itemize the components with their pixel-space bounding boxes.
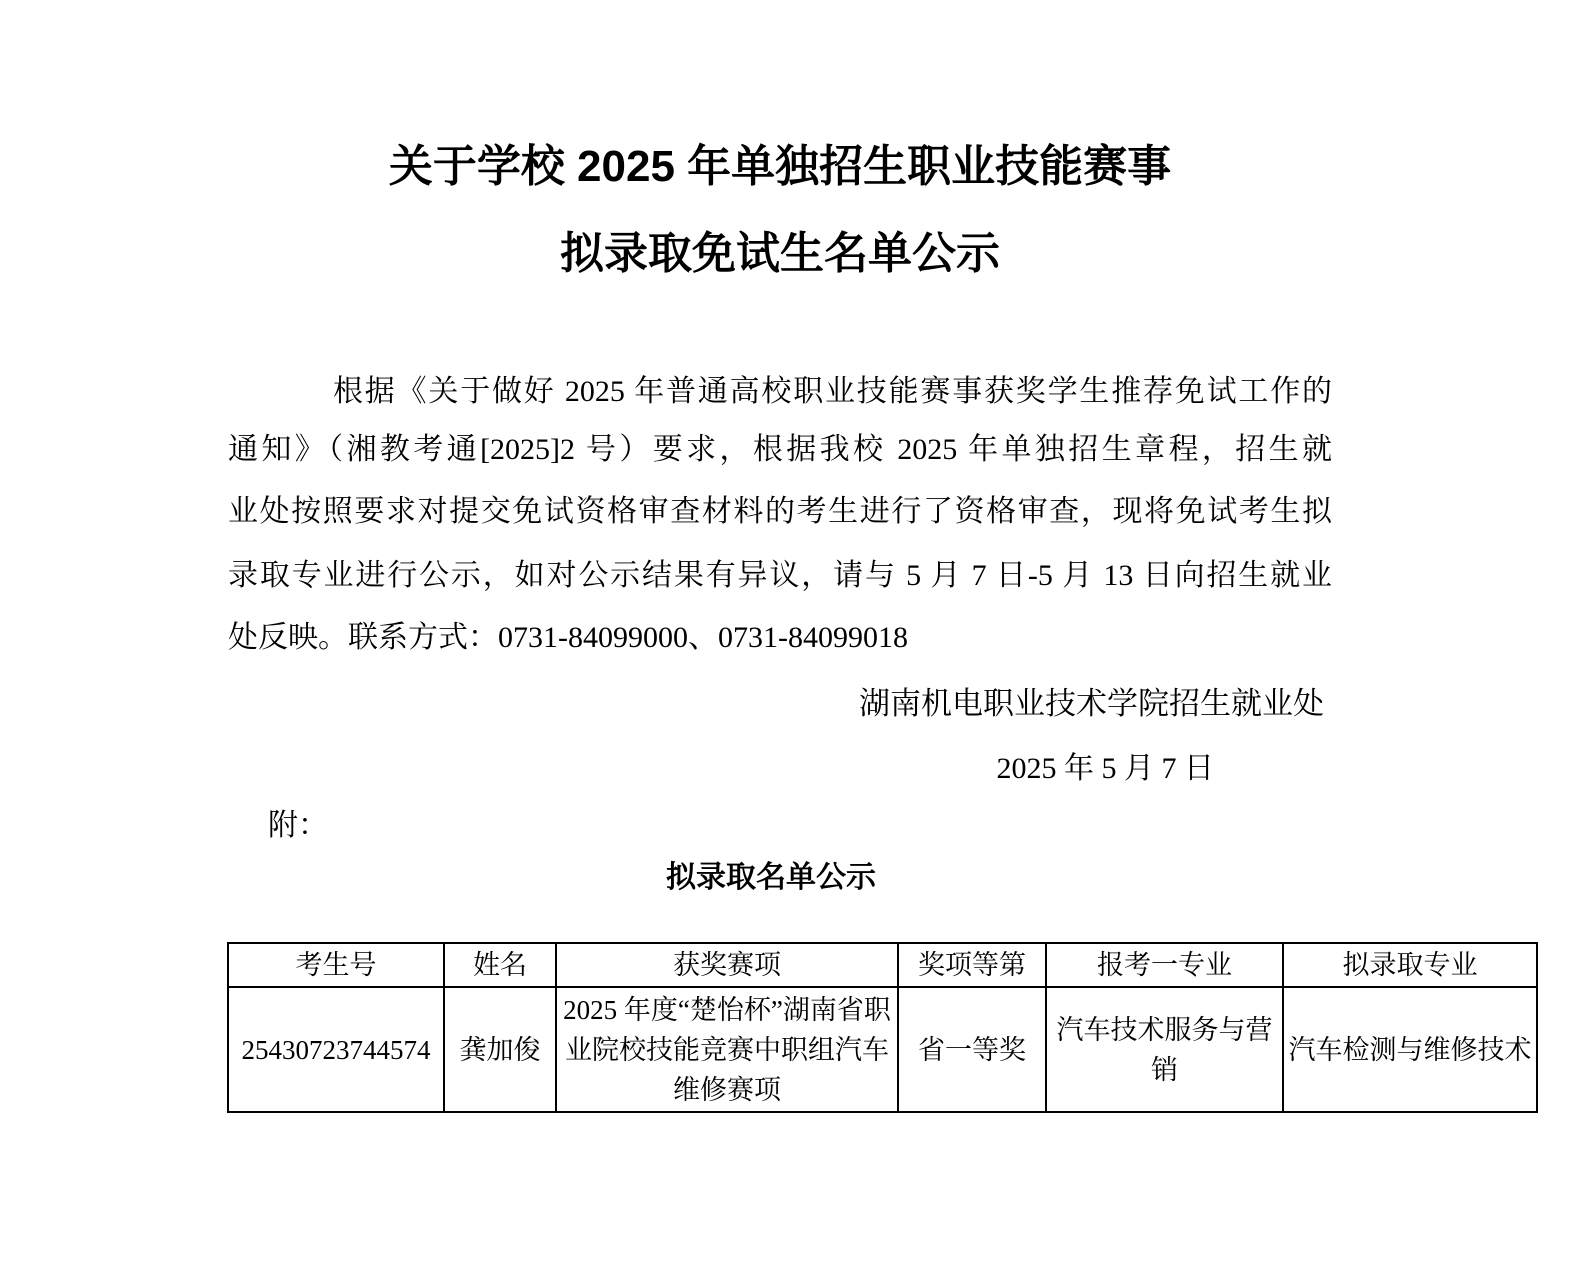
first-choice-major-line-2: 销 [1049,1050,1280,1090]
header-proposed-major: 拟录取专业 [1283,943,1537,987]
document-page: 关于学校 2025 年单独招生职业技能赛事 拟录取免试生名单公示 根据《关于做好… [0,0,1587,1263]
header-name: 姓名 [444,943,556,987]
cell-award-event: 2025 年度“楚怡杯”湖南省职 业院校技能竞赛中职组汽车 维修赛项 [556,987,898,1112]
cell-award-level: 省一等奖 [898,987,1046,1112]
cell-first-choice-major: 汽车技术服务与营 销 [1046,987,1283,1112]
document-title-line-1: 关于学校 2025 年单独招生职业技能赛事 [228,141,1332,193]
admission-list-title: 拟录取名单公示 [228,858,1314,898]
paragraph-line-5: 处反映。联系方式：0731-84099000、0731-84099018 [228,618,1332,658]
paragraph-line-4: 录取专业进行公示，如对公示结果有异议，请与 5 月 7 日-5 月 13 日向招… [228,556,1332,596]
issuer-signature: 湖南机电职业技术学院招生就业处 [228,684,1332,724]
paragraph-line-1: 根据《关于做好 2025 年普通高校职业技能赛事获奖学生推荐免试工作的 [228,372,1332,412]
header-award-level: 奖项等第 [898,943,1046,987]
paragraph-line-2: 通知》（湘教考通[2025]2 号）要求，根据我校 2025 年单独招生章程，招… [228,430,1332,470]
award-event-line-1: 2025 年度“楚怡杯”湖南省职 [559,990,895,1030]
cell-candidate-number: 25430723744574 [228,987,444,1112]
attachment-label: 附： [268,806,328,846]
header-candidate-number: 考生号 [228,943,444,987]
table-row: 25430723744574 龚加俊 2025 年度“楚怡杯”湖南省职 业院校技… [228,987,1537,1112]
cell-name: 龚加俊 [444,987,556,1112]
header-award-event: 获奖赛项 [556,943,898,987]
first-choice-major-line-1: 汽车技术服务与营 [1049,1010,1280,1050]
issue-date: 2025 年 5 月 7 日 [228,749,1332,789]
header-first-choice-major: 报考一专业 [1046,943,1283,987]
table-header-row: 考生号 姓名 获奖赛项 奖项等第 报考一专业 拟录取专业 [228,943,1537,987]
cell-proposed-major: 汽车检测与维修技术 [1283,987,1537,1112]
award-event-line-3: 维修赛项 [559,1070,895,1110]
award-event-line-2: 业院校技能竞赛中职组汽车 [559,1030,895,1070]
paragraph-line-3: 业处按照要求对提交免试资格审查材料的考生进行了资格审查，现将免试考生拟 [228,492,1332,532]
document-title-line-2: 拟录取免试生名单公示 [228,228,1332,280]
admission-list-table: 考生号 姓名 获奖赛项 奖项等第 报考一专业 拟录取专业 25430723744… [227,942,1538,1113]
